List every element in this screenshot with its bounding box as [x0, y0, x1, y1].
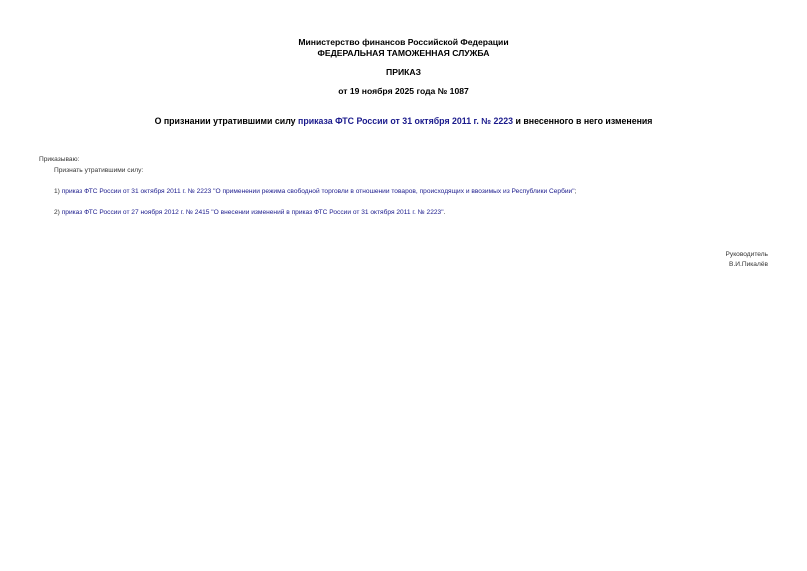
item-number: 2)	[54, 209, 62, 216]
title-prefix: О признании утратившими силу	[155, 116, 298, 126]
item-punctuation: ;	[575, 188, 577, 195]
item-number: 1)	[54, 188, 62, 195]
item-punctuation: .	[444, 209, 446, 216]
list-item: 2) приказ ФТС России от 27 ноября 2012 г…	[54, 208, 445, 217]
signature-name: В.И.Пикалёв	[729, 260, 768, 269]
document-title: О признании утратившими силу приказа ФТС…	[0, 116, 807, 127]
recognize-invalid-text: Признать утратившими силу:	[54, 166, 143, 175]
title-link-order-2223[interactable]: приказа ФТС России от 31 октября 2011 г.…	[298, 116, 513, 126]
document-page: Министерство финансов Российской Федерац…	[0, 0, 807, 571]
list-item: 1) приказ ФТС России от 31 октября 2011 …	[54, 187, 576, 196]
ministry-name: Министерство финансов Российской Федерац…	[0, 37, 807, 48]
service-name: ФЕДЕРАЛЬНАЯ ТАМОЖЕННАЯ СЛУЖБА	[0, 48, 807, 59]
item-link-order-2223[interactable]: приказ ФТС России от 31 октября 2011 г. …	[62, 188, 575, 195]
signature-role: Руководитель	[726, 250, 768, 259]
item-link-order-2415[interactable]: приказ ФТС России от 27 ноября 2012 г. №…	[62, 209, 444, 216]
document-type: ПРИКАЗ	[0, 67, 807, 78]
order-word: Приказываю:	[39, 155, 79, 164]
title-suffix: и внесенного в него изменения	[513, 116, 652, 126]
document-date-number: от 19 ноября 2025 года № 1087	[0, 86, 807, 97]
